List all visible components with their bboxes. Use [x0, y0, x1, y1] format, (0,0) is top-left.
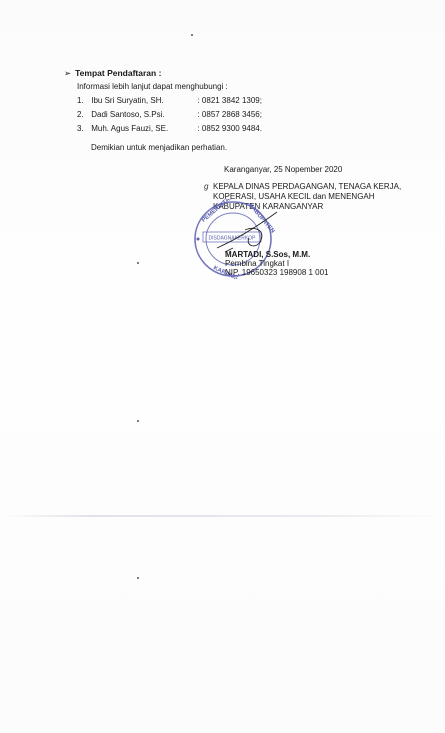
section-heading: ➢Tempat Pendaftaran :: [64, 68, 161, 79]
scan-speck: [137, 262, 139, 264]
contact-item: 2. Dadi Santoso, S.Psi. : 0857 2868 3456…: [77, 110, 262, 119]
closing-line: Demikian untuk menjadikan perhatian.: [91, 143, 227, 152]
contact-item: 3. Muh. Agus Fauzi, SE. : 0852 9300 9484…: [77, 124, 262, 133]
bullet-arrow-icon: ➢: [64, 68, 71, 78]
scan-speck: [137, 420, 139, 422]
initial-mark: g: [204, 182, 208, 192]
signer-rank: Pembina Tingkat I: [225, 259, 289, 268]
info-line: Informasi lebih lanjut dapat menghubungi…: [77, 82, 228, 91]
scanned-page: ➢Tempat Pendaftaran : Informasi lebih la…: [0, 0, 445, 733]
scan-speck: [191, 34, 193, 36]
scan-speck: [137, 577, 139, 579]
signer-nip: NIP. 19650323 198908 1 001: [225, 268, 329, 277]
contact-item: 1. Ibu Sri Suryatin, SH. : 0821 3842 130…: [77, 96, 262, 105]
signer-name: MARTADI, S.Sos, M.M.: [225, 250, 310, 259]
paper-fold-line: [0, 515, 445, 517]
place-date: Karanganyar, 25 Nopember 2020: [224, 165, 342, 174]
